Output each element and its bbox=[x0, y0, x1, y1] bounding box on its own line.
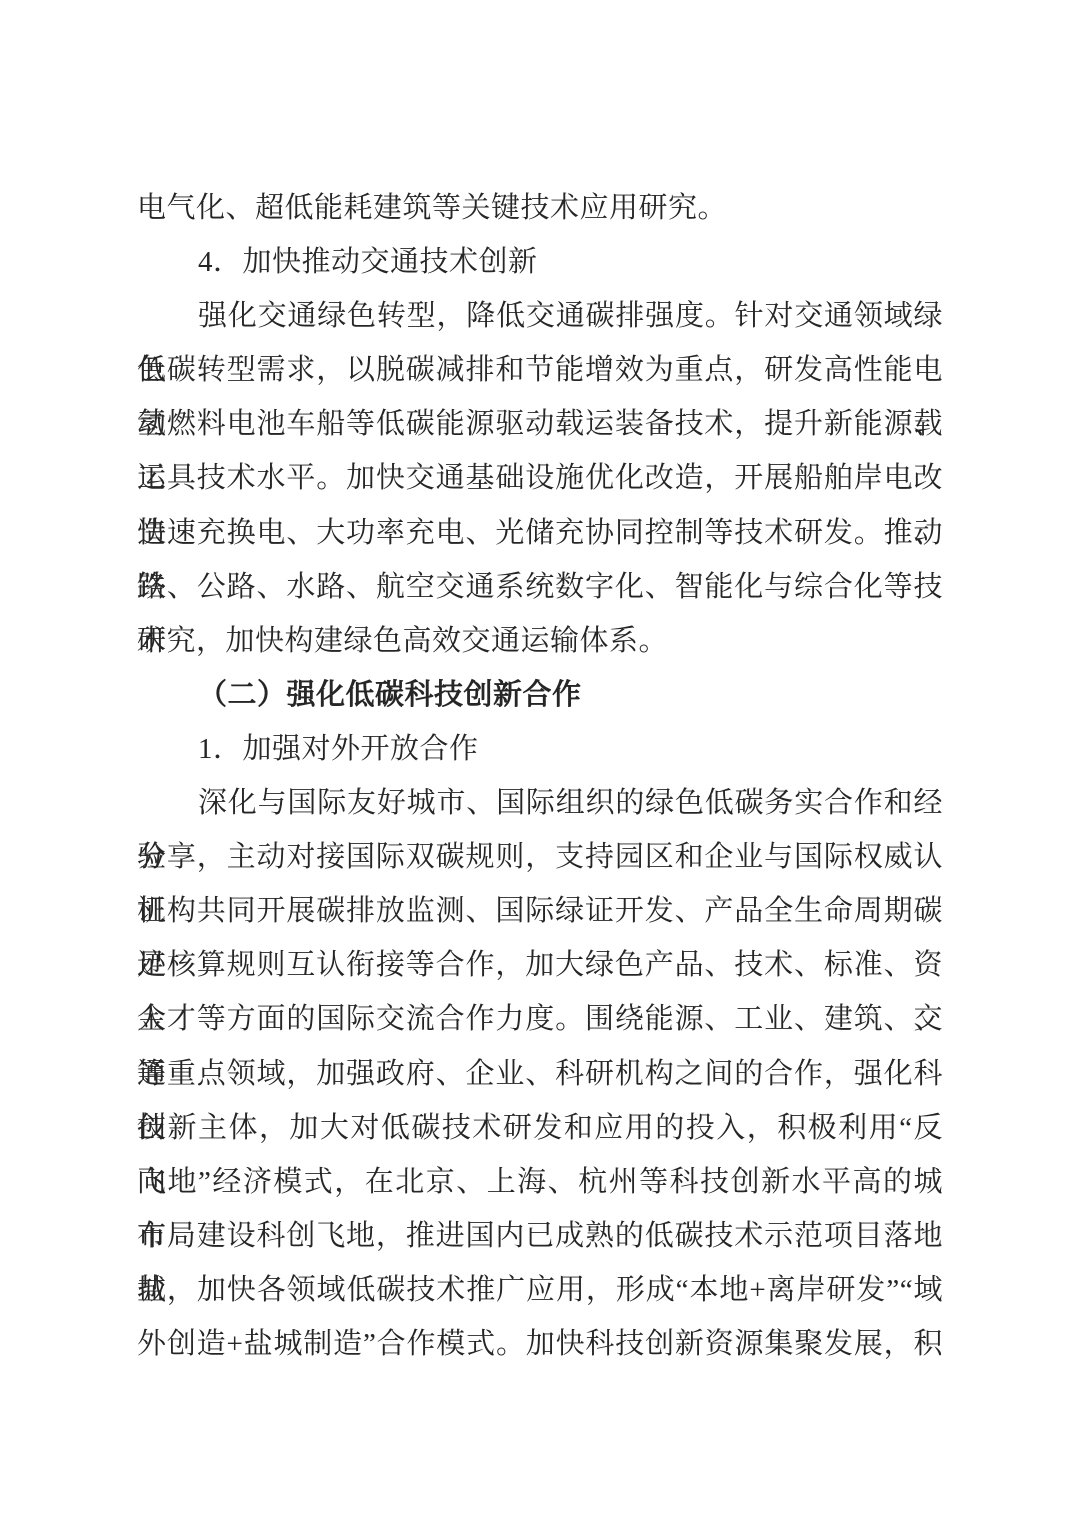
section-heading-line: （二）强化低碳科技创新合作 bbox=[137, 668, 943, 722]
numbered-heading-line: 4．加快推动交通技术创新 bbox=[137, 235, 943, 289]
text-line: 路、公路、水路、航空交通系统数字化、智能化与综合化等技术 bbox=[137, 560, 943, 614]
text-line: 分享，主动对接国际双碳规则，支持园区和企业与国际权威认证 bbox=[137, 830, 943, 884]
text-line: 迹核算规则互认衔接等合作，加大绿色产品、技术、标准、资金、 bbox=[137, 938, 943, 992]
text-line: 深化与国际友好城市、国际组织的绿色低碳务实合作和经验 bbox=[137, 776, 943, 830]
text-line: 快速充换电、大功率充电、光储充协同控制等技术研发。推动铁 bbox=[137, 506, 943, 560]
text-line: 机构共同开展碳排放监测、国际绿证开发、产品全生命周期碳足 bbox=[137, 884, 943, 938]
numbered-heading-line: 1．加强对外开放合作 bbox=[137, 722, 943, 776]
document-text-block: 电气化、超低能耗建筑等关键技术应用研究。 4．加快推动交通技术创新 强化交通绿色… bbox=[137, 181, 943, 1371]
document-page: 电气化、超低能耗建筑等关键技术应用研究。 4．加快推动交通技术创新 强化交通绿色… bbox=[0, 0, 1080, 1527]
text-line: 人才等方面的国际交流合作力度。围绕能源、工业、建筑、交通 bbox=[137, 992, 943, 1046]
text-line: 电气化、超低能耗建筑等关键技术应用研究。 bbox=[137, 181, 943, 235]
text-line: 飞地”经济模式，在北京、上海、杭州等科技创新水平高的城市 bbox=[137, 1155, 943, 1209]
text-line: 城，加快各领域低碳技术推广应用，形成“本地+离岸研发”“域 bbox=[137, 1263, 943, 1317]
text-line: 强化交通绿色转型，降低交通碳排强度。针对交通领域绿色 bbox=[137, 289, 943, 343]
text-line: 研究，加快构建绿色高效交通运输体系。 bbox=[137, 614, 943, 668]
text-line: 工具技术水平。加快交通基础设施优化改造，开展船舶岸电改造、 bbox=[137, 451, 943, 505]
text-line: 氢燃料电池车船等低碳能源驱动载运装备技术，提升新能源载运 bbox=[137, 397, 943, 451]
text-line: 外创造+盐城制造”合作模式。加快科技创新资源集聚发展，积 bbox=[137, 1317, 943, 1371]
text-line: 布局建设科创飞地，推进国内已成熟的低碳技术示范项目落地盐 bbox=[137, 1209, 943, 1263]
text-line: 等重点领域，加强政府、企业、科研机构之间的合作，强化科技 bbox=[137, 1047, 943, 1101]
text-line: 创新主体，加大对低碳技术研发和应用的投入，积极利用“反向 bbox=[137, 1101, 943, 1155]
text-line: 低碳转型需求，以脱碳减排和节能增效为重点，研发高性能电动、 bbox=[137, 343, 943, 397]
